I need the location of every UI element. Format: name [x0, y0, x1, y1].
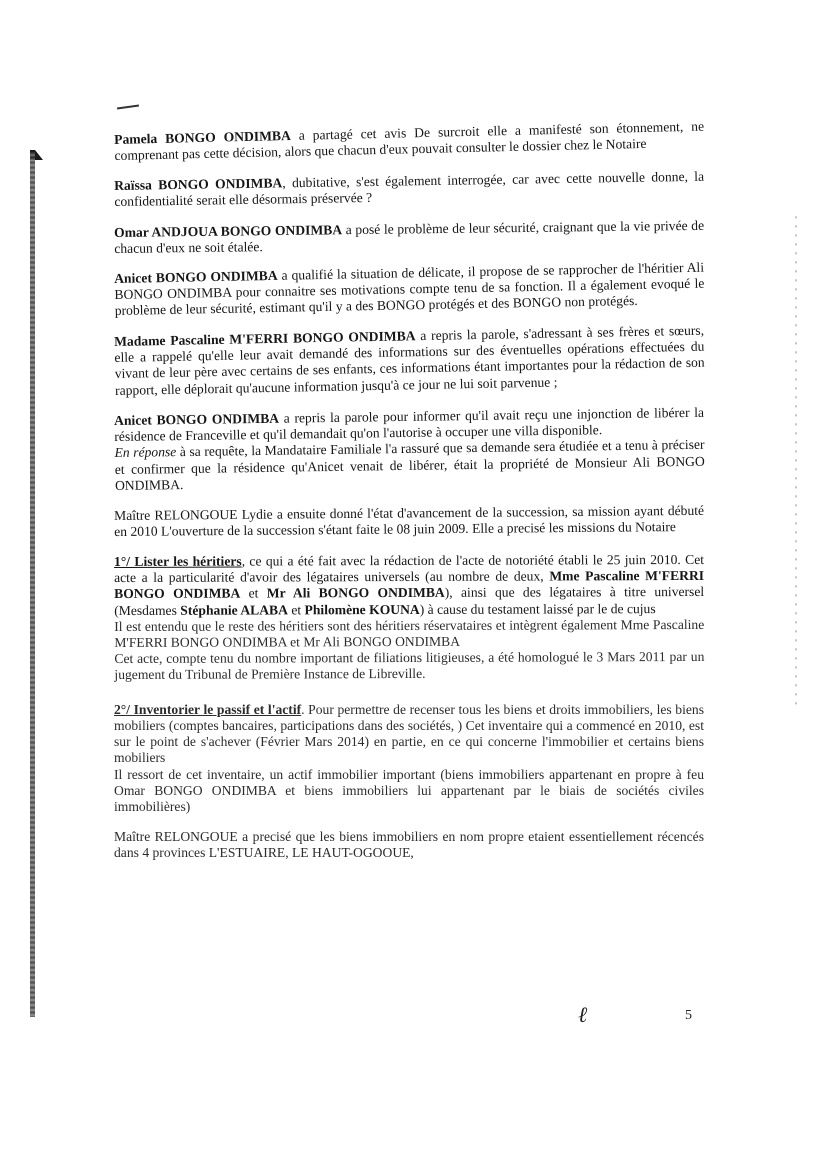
speaker-name: Anicet BONGO ONDIMBA: [114, 410, 279, 427]
paragraph-pamela: Pamela BONGO ONDIMBA a partagé cet avis …: [114, 119, 705, 165]
paragraph-relongoue-1: Maître RELONGOUE Lydie a ensuite donné l…: [114, 503, 704, 541]
legatee-name: Philomène KOUNA: [305, 602, 420, 617]
paragraph-mission-2: 2°/ Inventorier le passif et l'actif. Po…: [114, 702, 704, 815]
page-number: 5: [685, 1008, 692, 1024]
pen-mark: [117, 104, 139, 109]
section-heading: 2°/ Inventorier le passif et l'actif: [114, 702, 301, 717]
speaker-name: Anicet BONGO ONDIMBA: [114, 268, 278, 286]
scan-edge-artifact: [30, 152, 35, 1017]
initials-signature: ℓ: [578, 1002, 587, 1028]
paragraph-text: Il ressort de cet inventaire, un actif i…: [114, 767, 704, 816]
paragraph-omar: Omar ANDJOUA BONGO ONDIMBA a posé le pro…: [114, 218, 704, 258]
paragraph-mission-1: 1°/ Lister les héritiers, ce qui a été f…: [114, 552, 704, 684]
paragraph-text: Cet acte, compte tenu du nombre importan…: [114, 649, 704, 683]
paragraph-text: Maître RELONGOUE Lydie a ensuite donné l…: [114, 503, 704, 539]
paragraph-text: et: [288, 602, 305, 617]
document-page: Pamela BONGO ONDIMBA a partagé cet avis …: [0, 0, 817, 1154]
paragraph-text: à sa requête, la Mandataire Familiale l'…: [115, 437, 705, 493]
document-body: Pamela BONGO ONDIMBA a partagé cet avis …: [114, 132, 704, 876]
scan-noise-artifact: [795, 210, 797, 710]
paragraph-text: Il est entendu que le reste des héritier…: [114, 617, 704, 651]
paragraph-raissa: Raïssa BONGO ONDIMBA, dubitative, s'est …: [114, 169, 704, 211]
legatee-name: Stéphanie ALABA: [180, 602, 288, 617]
speaker-name: Omar ANDJOUA BONGO ONDIMBA: [114, 222, 342, 240]
response-label: En réponse: [114, 444, 176, 460]
paragraph-pascaline: Madame Pascaline M'FERRI BONGO ONDIMBA a…: [114, 323, 705, 399]
section-heading: 1°/ Lister les héritiers: [114, 554, 242, 569]
paragraph-text: ) à cause du testament laissé par le de …: [420, 601, 656, 617]
paragraph-text: et: [240, 586, 267, 601]
paragraph-relongoue-2: Maître RELONGOUE a precisé que les biens…: [114, 829, 704, 861]
speaker-name: Raïssa BONGO ONDIMBA: [114, 176, 282, 194]
paragraph-anicet-1: Anicet BONGO ONDIMBA a qualifié la situa…: [114, 260, 705, 320]
heir-name: Mr Ali BONGO ONDIMBA: [267, 585, 445, 601]
paragraph-text: Maître RELONGOUE a precisé que les biens…: [114, 829, 704, 860]
paragraph-anicet-2: Anicet BONGO ONDIMBA a repris la parole …: [114, 404, 705, 493]
